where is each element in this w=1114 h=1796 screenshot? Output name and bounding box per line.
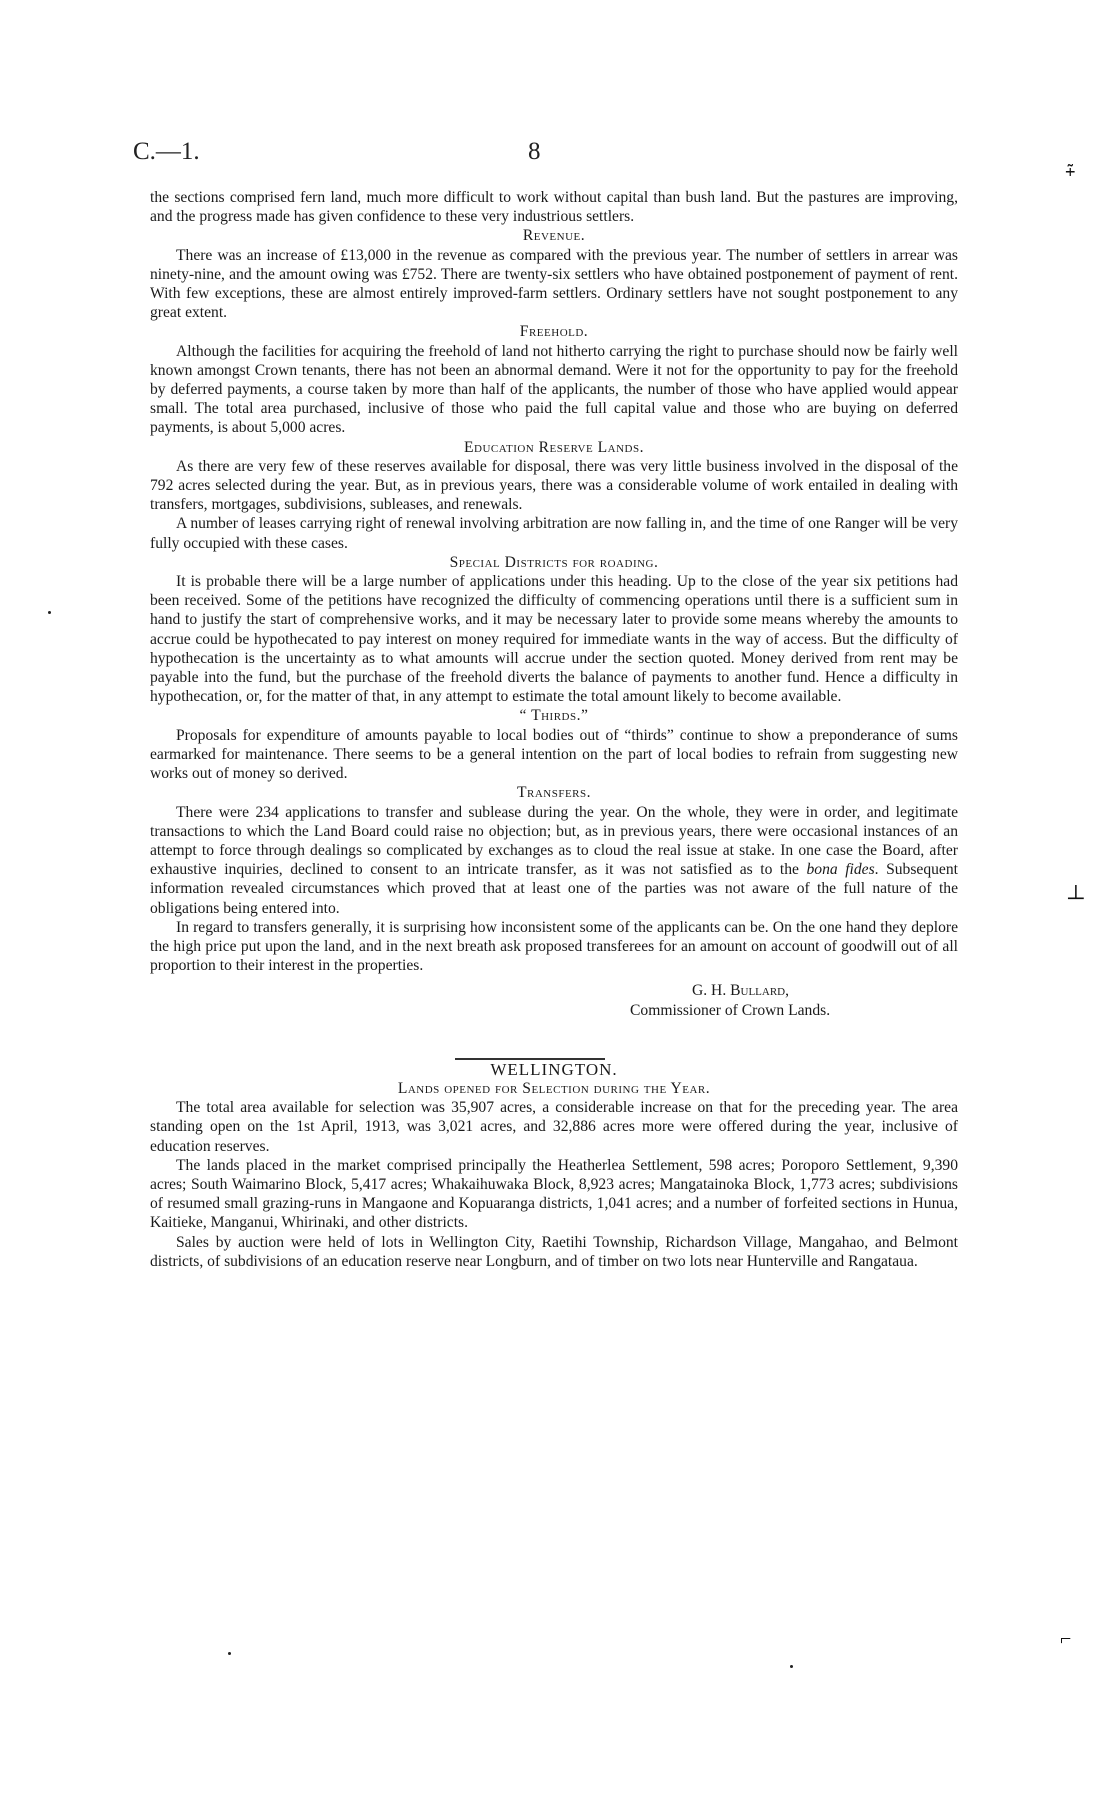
margin-scan-mark-top: ⨤ [1065, 160, 1076, 181]
education-paragraph-2: A number of leases carrying right of ren… [150, 514, 958, 552]
page-body: the sections comprised fern land, much m… [150, 188, 958, 1271]
section-heading-freehold: Freehold. [150, 322, 958, 341]
signatory-name: G. H. Bullard, [630, 981, 958, 1000]
signature-block: G. H. Bullard, Commissioner of Crown Lan… [630, 981, 958, 1019]
revenue-paragraph: There was an increase of £13,000 in the … [150, 246, 958, 323]
section-heading-education-reserve-lands: Education Reserve Lands. [150, 438, 958, 457]
intro-paragraph: the sections comprised fern land, much m… [150, 188, 958, 226]
margin-scan-mark-middle: ┴ [1068, 885, 1084, 911]
education-paragraph-1: As there are very few of these reserves … [150, 457, 958, 515]
scan-speck [790, 1665, 793, 1668]
bona-fides-italic: bona fides [806, 861, 874, 878]
wellington-paragraph-1: The total area available for selection w… [150, 1098, 958, 1156]
document-reference: C.—1. [133, 138, 200, 166]
section-heading-transfers: Transfers. [150, 783, 958, 802]
page-header: C.—1. 8 [133, 138, 959, 168]
freehold-paragraph: Although the facilities for acquiring th… [150, 342, 958, 438]
scan-speck [48, 611, 51, 614]
wellington-paragraph-3: Sales by auction were held of lots in We… [150, 1233, 958, 1271]
section-heading-thirds: “ Thirds.” [150, 706, 958, 725]
signatory-title: Commissioner of Crown Lands. [630, 1001, 958, 1020]
page-number: 8 [528, 138, 541, 166]
transfers-paragraph-1: There were 234 applications to transfer … [150, 803, 958, 918]
thirds-paragraph: Proposals for expenditure of amounts pay… [150, 726, 958, 784]
special-districts-paragraph: It is probable there will be a large num… [150, 572, 958, 706]
section-heading-lands-opened: Lands opened for Selection during the Ye… [150, 1079, 958, 1098]
transfers-paragraph-2: In regard to transfers generally, it is … [150, 918, 958, 976]
wellington-paragraph-2: The lands placed in the market comprised… [150, 1156, 958, 1233]
margin-scan-mark-bottom: ⌐ [1060, 1628, 1071, 1651]
section-divider [455, 1058, 605, 1060]
scan-speck [228, 1652, 231, 1655]
section-heading-revenue: Revenue. [150, 226, 958, 245]
section-heading-special-districts: Special Districts for roading. [150, 553, 958, 572]
region-title-wellington: WELLINGTON. [150, 1060, 958, 1079]
